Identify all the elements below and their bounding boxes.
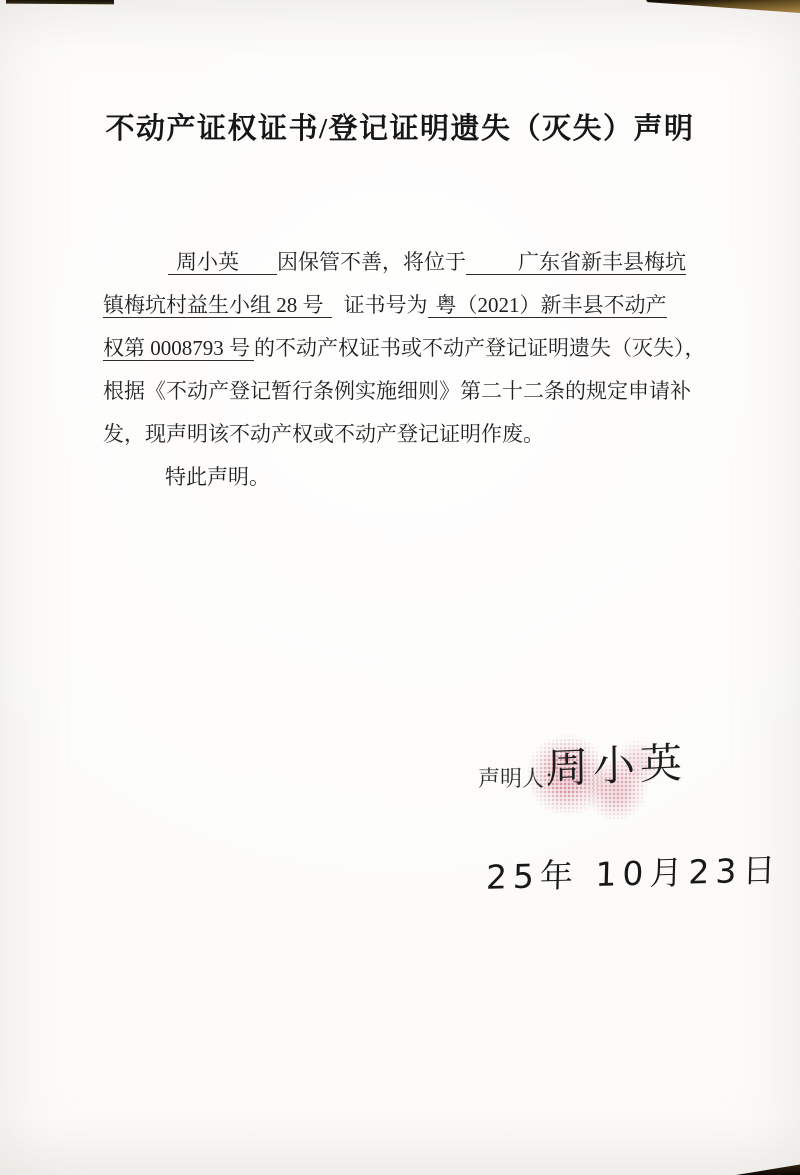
certificate-number-part2-underlined: 权第 0008793 号	[103, 336, 254, 361]
body-line-4: 根据《不动产登记暂行条例实施细则》第二十二条的规定申请补	[103, 370, 723, 413]
closing-statement: 特此声明。	[165, 465, 270, 489]
scan-edge-top-right	[646, 0, 800, 13]
body-line-6: 特此声明。	[103, 456, 723, 499]
body-line-1: 周小英因保管不善，将位于广东省新丰县梅坑	[103, 241, 723, 284]
scanned-declaration-page: 不动产证权证书/登记证明遗失（灭失）声明 周小英因保管不善，将位于广东省新丰县梅…	[0, 0, 800, 1175]
handwritten-date: 25年 10月23日	[485, 844, 782, 899]
certificate-number-label: 证书号为	[344, 293, 428, 317]
scan-edge-top-left	[6, 0, 114, 4]
declaration-paragraph: 周小英因保管不善，将位于广东省新丰县梅坑 镇梅坑村益生小组 28 号证书号为粤（…	[103, 241, 723, 499]
scan-edge-bottom-right	[736, 1164, 800, 1175]
certificate-number-part1-underlined: 粤（2021）新丰县不动产	[428, 293, 667, 318]
body-text-after-name: 因保管不善，将位于	[277, 250, 466, 274]
body-line-3: 权第 0008793 号的不动产权证书或不动产登记证明遗失（灭失），	[103, 327, 723, 370]
declarant-name-underlined: 周小英	[168, 250, 277, 275]
handwritten-signature: 周小英	[546, 730, 687, 796]
body-line-2: 镇梅坑村益生小组 28 号证书号为粤（2021）新丰县不动产	[103, 284, 723, 327]
property-address-part1-underlined: 广东省新丰县梅坑	[466, 250, 686, 275]
body-line-5: 发，现声明该不动产权或不动产登记证明作废。	[103, 413, 723, 456]
document-title: 不动产证权证书/登记证明遗失（灭失）声明	[0, 106, 800, 147]
property-address-part2-underlined: 镇梅坑村益生小组 28 号	[103, 293, 332, 318]
body-text-line3: 的不动产权证书或不动产登记证明遗失（灭失），	[254, 336, 706, 360]
